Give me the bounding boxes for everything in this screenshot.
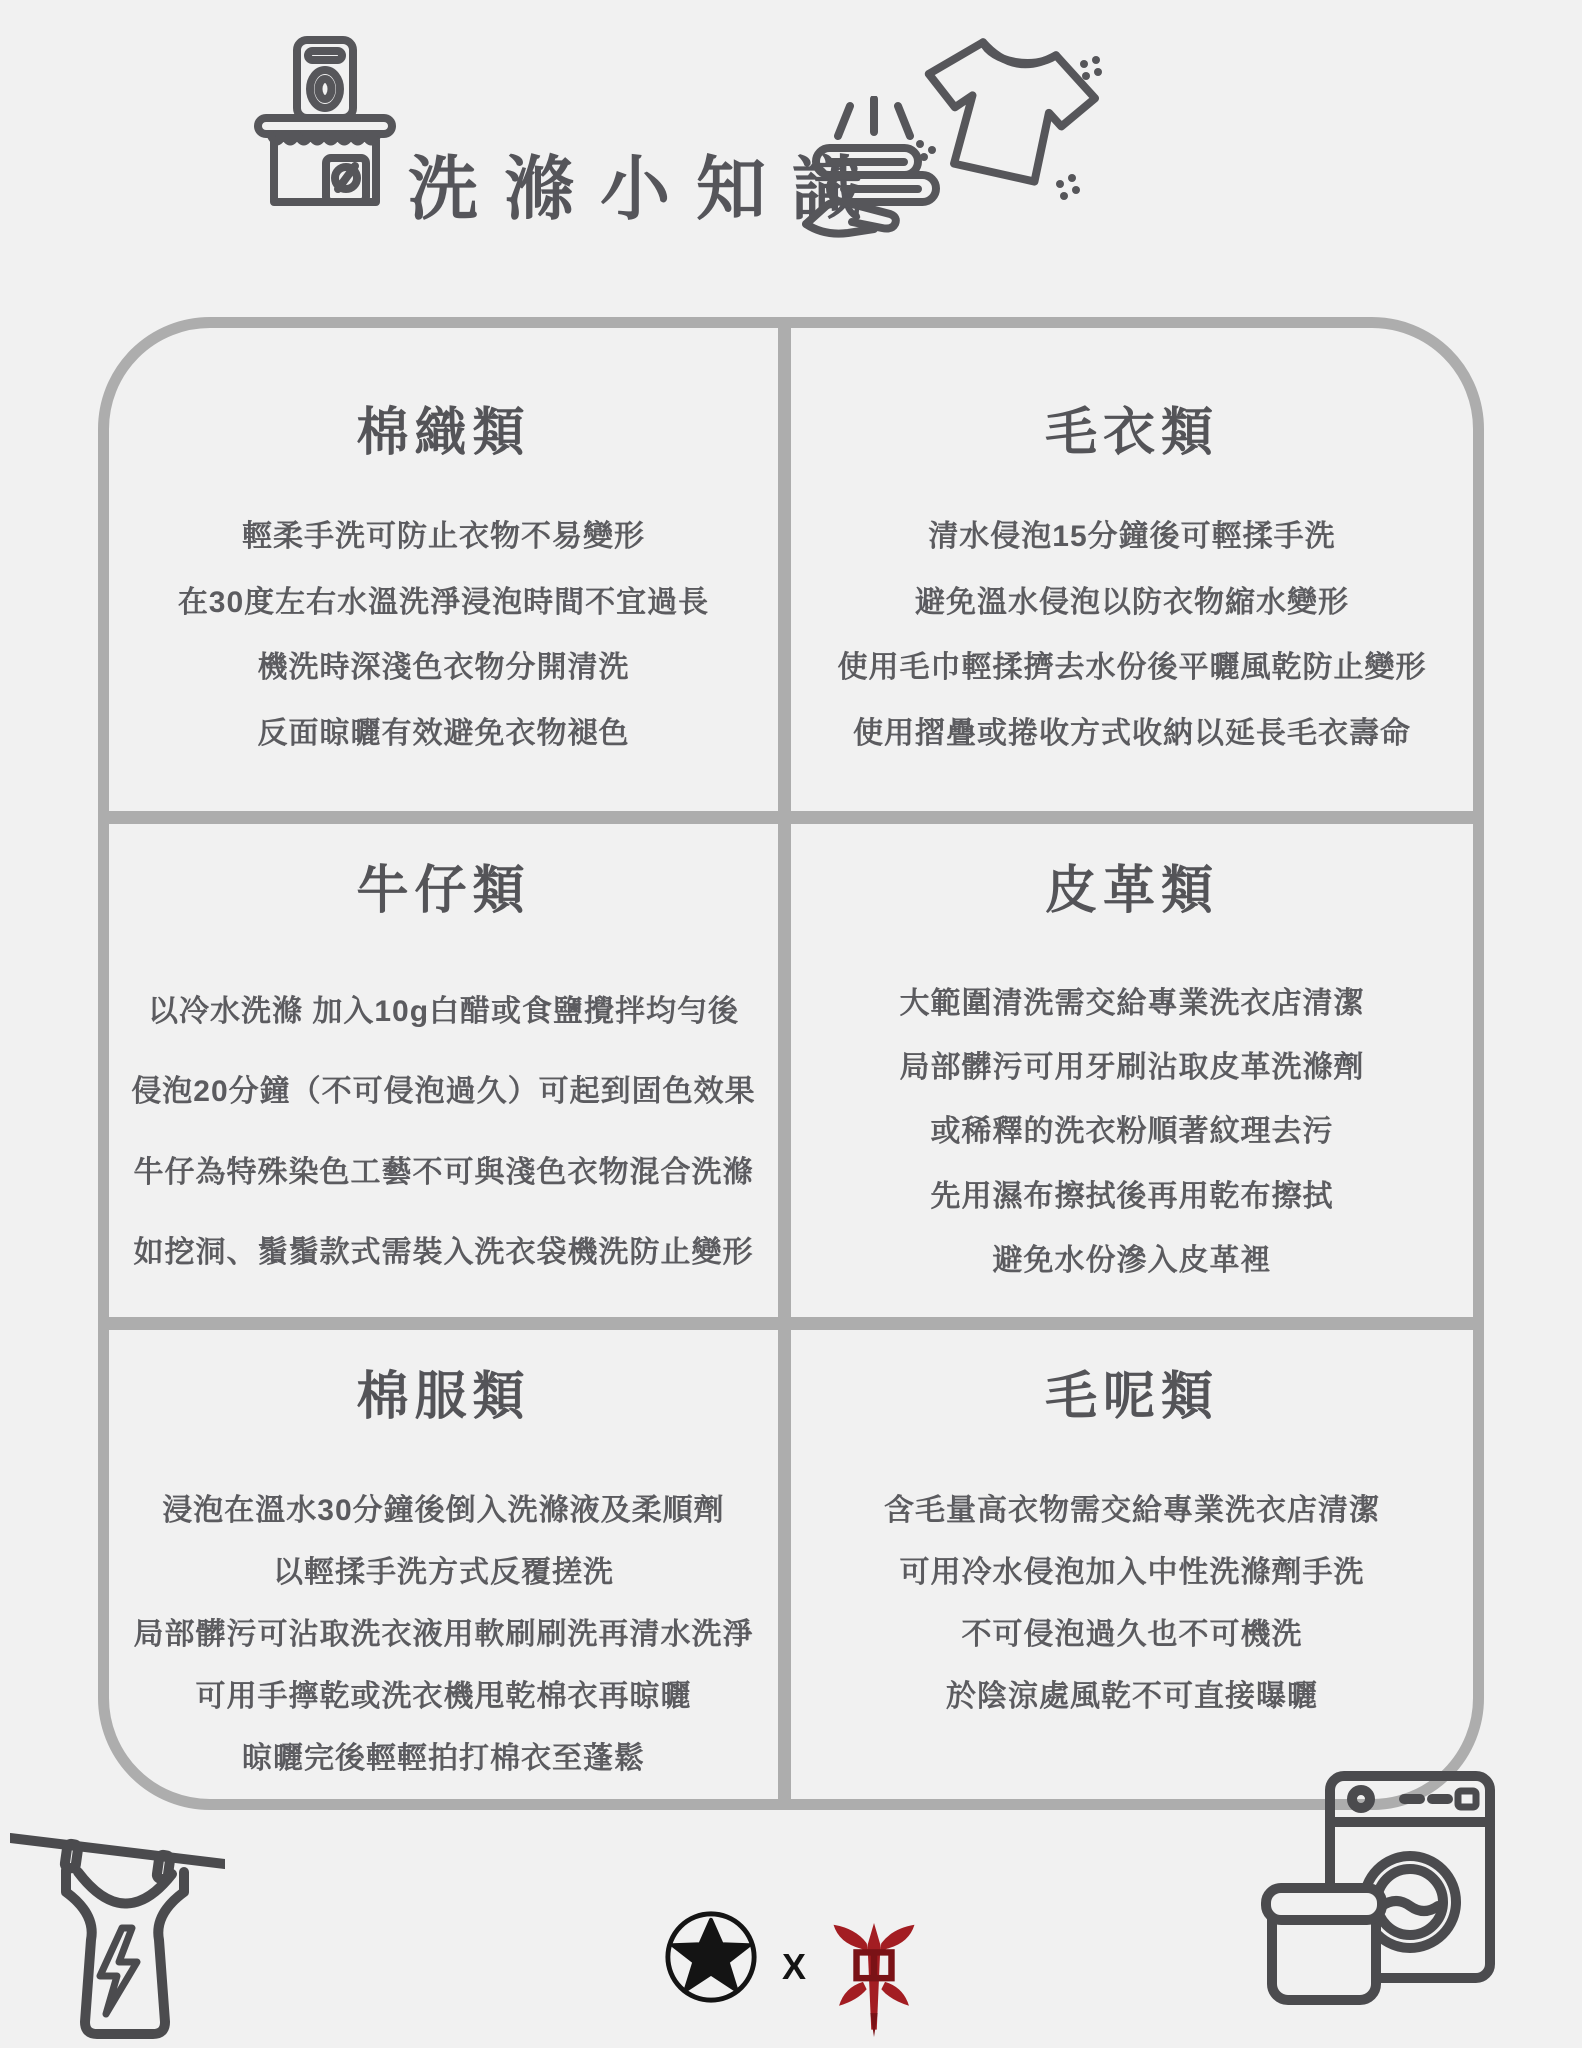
laundry-shop-icon	[250, 36, 400, 208]
card-title: 毛呢類	[1045, 1368, 1219, 1426]
star-monogram-logo	[662, 1908, 760, 2006]
tip-line: 以冷水洗滌 加入10g白醋或食鹽攪拌均勻後	[109, 986, 778, 1030]
tip-line: 局部髒污可沾取洗衣液用軟刷刷洗再清水洗淨	[109, 1600, 778, 1662]
page-title: 洗滌小知識	[408, 133, 828, 234]
tip-line: 以輕揉手洗方式反覆搓洗	[109, 1538, 778, 1600]
card-title: 皮革類	[1045, 862, 1219, 920]
tip-line: 避免溫水侵泡以防衣物縮水變形	[791, 577, 1473, 621]
card-denim: 牛仔類 以冷水洗滌 加入10g白醋或食鹽攪拌均勻後侵泡20分鐘（不可侵泡過久）可…	[109, 824, 791, 1330]
tshirt-sparkle-icon	[912, 26, 1107, 211]
card-lines: 浸泡在溫水30分鐘後倒入洗滌液及柔順劑以輕揉手洗方式反覆搓洗局部髒污可沾取洗衣液…	[109, 1476, 778, 1786]
tip-line: 反面晾曬有效避免衣物褪色	[109, 708, 778, 752]
tip-line: 避免水份滲入皮革裡	[791, 1235, 1473, 1279]
tip-line: 機洗時深淺色衣物分開清洗	[109, 642, 778, 686]
tip-line: 浸泡在溫水30分鐘後倒入洗滌液及柔順劑	[109, 1476, 778, 1538]
tip-line: 局部髒污可用牙刷沾取皮革洗滌劑	[791, 1042, 1473, 1086]
tip-line: 或稀釋的洗衣粉順著紋理去污	[791, 1106, 1473, 1150]
tip-line: 牛仔為特殊染色工藝不可與淺色衣物混合洗滌	[109, 1147, 778, 1191]
card-wool: 毛呢類 含毛量高衣物需交給專業洗衣店清潔可用冷水侵泡加入中性洗滌劑手洗不可侵泡過…	[791, 1330, 1473, 1799]
card-padded-cotton: 棉服類 浸泡在溫水30分鐘後倒入洗滌液及柔順劑以輕揉手洗方式反覆搓洗局部髒污可沾…	[109, 1330, 791, 1799]
card-leather: 皮革類 大範圍清洗需交給專業洗衣店清潔局部髒污可用牙刷沾取皮革洗滌劑或稀釋的洗衣…	[791, 824, 1473, 1330]
tip-line: 於陰涼處風乾不可直接曝曬	[791, 1662, 1473, 1724]
tip-line: 不可侵泡過久也不可機洗	[791, 1600, 1473, 1662]
red-wing-emblem-logo	[828, 1921, 920, 2039]
tip-line: 可用冷水侵泡加入中性洗滌劑手洗	[791, 1538, 1473, 1600]
tip-line: 在30度左右水溫洗淨浸泡時間不宜過長	[109, 577, 778, 621]
card-sweater: 毛衣類 清水侵泡15分鐘後可輕揉手洗避免溫水侵泡以防衣物縮水變形使用毛巾輕揉擠去…	[791, 328, 1473, 824]
tip-line: 先用濕布擦拭後再用乾布擦拭	[791, 1171, 1473, 1215]
tip-line: 含毛量高衣物需交給專業洗衣店清潔	[791, 1476, 1473, 1538]
card-title: 棉服類	[356, 1368, 530, 1426]
tips-grid: 棉織類 輕柔手洗可防止衣物不易變形在30度左右水溫洗淨浸泡時間不宜過長機洗時深淺…	[98, 317, 1484, 1810]
card-lines: 清水侵泡15分鐘後可輕揉手洗避免溫水侵泡以防衣物縮水變形使用毛巾輕揉擠去水份後平…	[791, 500, 1473, 763]
tip-line: 晾曬完後輕輕拍打棉衣至蓬鬆	[109, 1724, 778, 1786]
tip-line: 可用手擰乾或洗衣機甩乾棉衣再晾曬	[109, 1662, 778, 1724]
card-lines: 含毛量高衣物需交給專業洗衣店清潔可用冷水侵泡加入中性洗滌劑手洗不可侵泡過久也不可…	[791, 1476, 1473, 1724]
card-lines: 大範圍清洗需交給專業洗衣店清潔局部髒污可用牙刷沾取皮革洗滌劑或稀釋的洗衣粉順著紋…	[791, 968, 1473, 1289]
tip-line: 侵泡20分鐘（不可侵泡過久）可起到固色效果	[109, 1066, 778, 1110]
tip-line: 輕柔手洗可防止衣物不易變形	[109, 511, 778, 555]
card-title: 棉織類	[356, 404, 530, 462]
tip-line: 如挖洞、鬚鬚款式需裝入洗衣袋機洗防止變形	[109, 1227, 778, 1271]
card-title: 牛仔類	[356, 862, 530, 920]
tip-line: 使用毛巾輕揉擠去水份後平曬風乾防止變形	[791, 642, 1473, 686]
card-cotton-fabric: 棉織類 輕柔手洗可防止衣物不易變形在30度左右水溫洗淨浸泡時間不宜過長機洗時深淺…	[109, 328, 791, 824]
card-lines: 以冷水洗滌 加入10g白醋或食鹽攪拌均勻後侵泡20分鐘（不可侵泡過久）可起到固色…	[109, 968, 778, 1289]
card-title: 毛衣類	[1045, 404, 1219, 462]
x-separator: X	[782, 1946, 806, 1988]
tip-line: 大範圍清洗需交給專業洗衣店清潔	[791, 978, 1473, 1022]
footer-brand-row: X	[0, 1872, 1582, 2042]
card-lines: 輕柔手洗可防止衣物不易變形在30度左右水溫洗淨浸泡時間不宜過長機洗時深淺色衣物分…	[109, 500, 778, 763]
tip-line: 使用摺疊或捲收方式收納以延長毛衣壽命	[791, 708, 1473, 752]
tip-line: 清水侵泡15分鐘後可輕揉手洗	[791, 511, 1473, 555]
